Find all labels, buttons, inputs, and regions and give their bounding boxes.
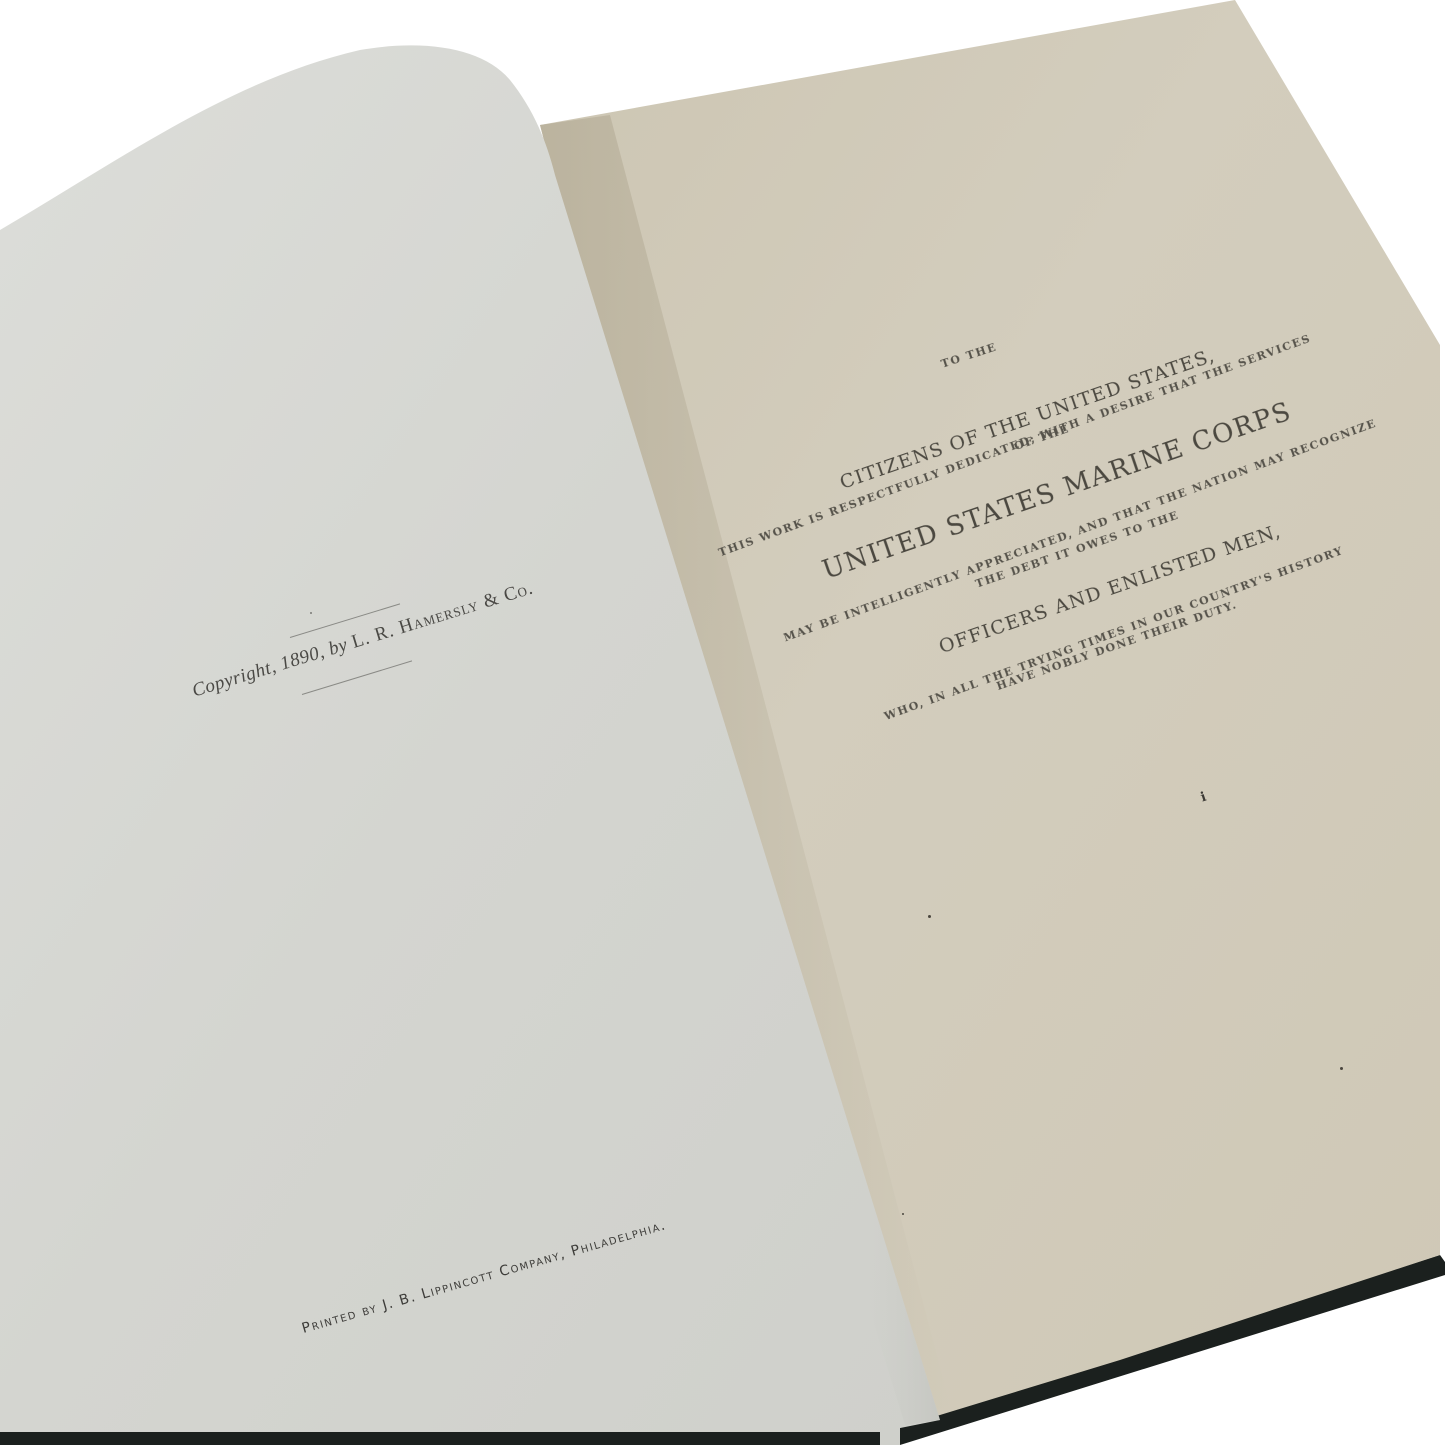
paper-speck — [902, 1213, 904, 1215]
book-photo: Copyright, 1890, by L. R. Hamersly & Co.… — [0, 0, 1445, 1445]
paper-speck — [928, 915, 931, 918]
open-book-illustration — [0, 0, 1445, 1445]
paper-speck — [310, 612, 312, 614]
paper-speck — [1340, 1067, 1343, 1070]
